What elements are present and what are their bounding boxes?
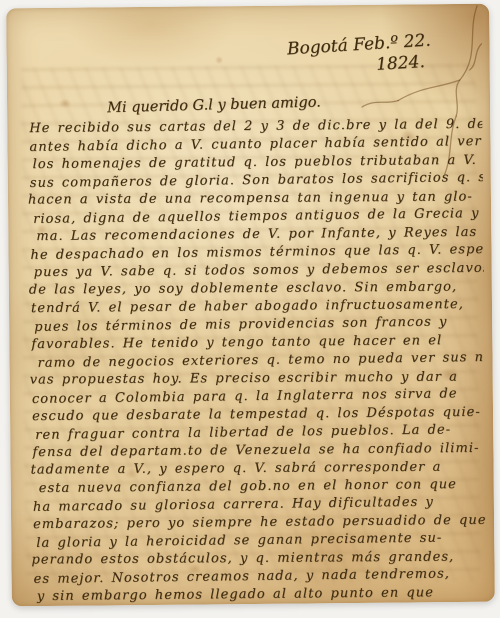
- dateline: Bogotá Feb.º 22. 1824.: [287, 31, 433, 82]
- letter-paper: Bogotá Feb.º 22. 1824. Mi querido G.l y …: [6, 4, 495, 607]
- salutation: Mi querido G.l y buen amigo.: [107, 94, 321, 116]
- dateline-year: 1824.: [376, 51, 433, 75]
- letter-line: de las leyes, yo soy doblemente esclavo.…: [29, 278, 484, 299]
- letter-body: He recibido sus cartas del 2 y 3 de dic.…: [29, 116, 487, 606]
- letter-line: tadamente a V., y espero q. V. sabrá cor…: [31, 458, 486, 479]
- photo-backdrop: { "letter": { "dateline": { "place_date"…: [0, 0, 500, 618]
